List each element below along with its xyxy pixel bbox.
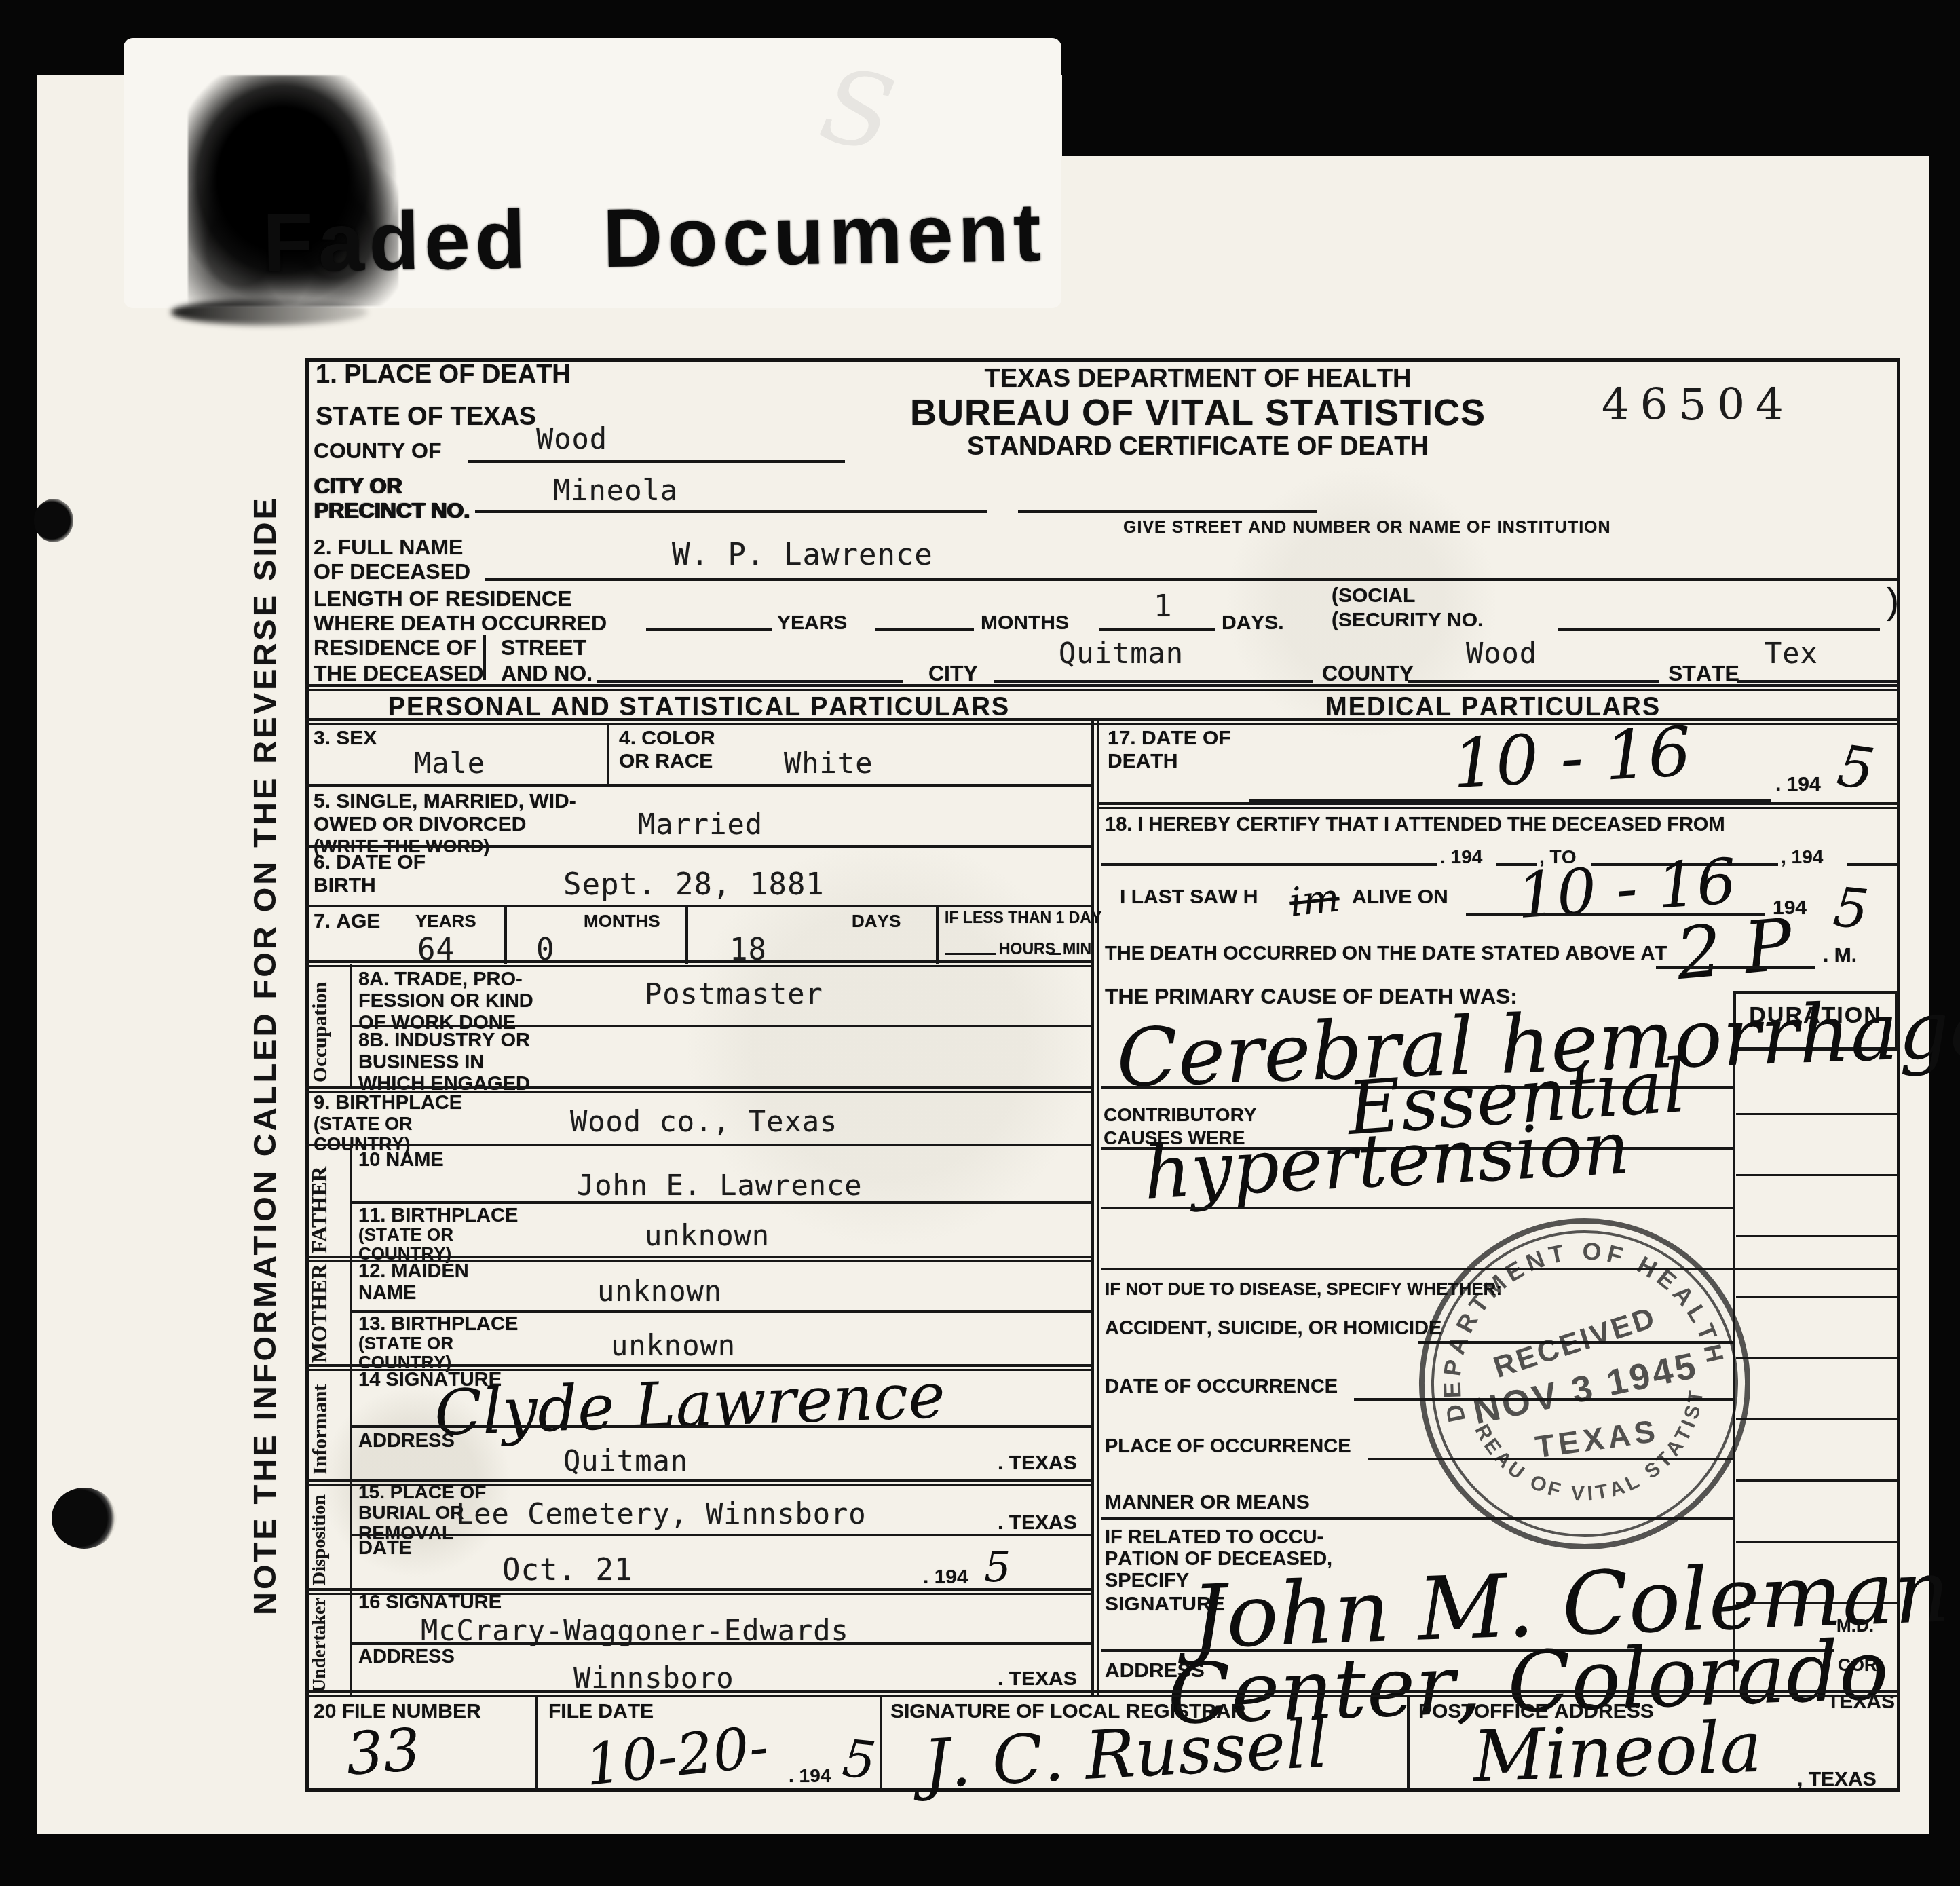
mother-bp-label-1: 13. BIRTHPLACE <box>358 1314 518 1335</box>
sex-value: Male <box>414 747 485 780</box>
occurred-suffix: . M. <box>1823 945 1857 966</box>
burial-value: Lee Cemetery, Winnsboro <box>456 1497 867 1530</box>
related-label-3: SPECIFY <box>1105 1570 1189 1591</box>
banner-title: Faded Document <box>262 189 1046 287</box>
occurred-value-hand: 2 P <box>1673 903 1796 996</box>
burial-date-label: DATE <box>358 1538 412 1559</box>
dod-label-1: 17. DATE OF <box>1108 728 1231 749</box>
undertaker-addr-label: ADDRESS <box>358 1646 455 1667</box>
dod-value-hand: 10 - 16 <box>1450 712 1693 804</box>
street-label-2: AND NO. <box>501 662 592 685</box>
residence-label-1: RESIDENCE OF <box>314 637 476 660</box>
city-value: Mineola <box>553 474 678 507</box>
color-label-1: 4. COLOR <box>619 728 715 749</box>
dateocc-label: DATE OF OCCURRENCE <box>1105 1376 1338 1397</box>
faint-pencil-mark: S <box>811 45 904 176</box>
residence-label-2: THE DECEASED <box>314 662 484 685</box>
lastsaw-label-1: I LAST SAW H <box>1120 886 1258 908</box>
ssn-paren-close: ) <box>1887 582 1899 621</box>
color-value: White <box>784 747 873 780</box>
age-months-label: MONTHS <box>584 912 660 931</box>
residence-length-label-1: LENGTH OF RESIDENCE <box>314 588 571 611</box>
margin-note: NOTE THE INFORMATION CALLED FOR ON THE R… <box>246 631 283 1615</box>
res-county-value: Wood <box>1466 637 1537 670</box>
dod-label-2: DEATH <box>1108 751 1177 772</box>
certificate-number: 46504 <box>1602 380 1794 430</box>
dept-title: TEXAS DEPARTMENT OF HEALTH <box>984 365 1411 392</box>
accident-label: ACCIDENT, SUICIDE, OR HOMICIDE <box>1105 1318 1441 1339</box>
dob-label-1: 6. DATE OF <box>314 852 426 873</box>
punch-hole-bottom <box>52 1488 117 1549</box>
marital-value: Married <box>638 808 763 841</box>
birthplace-label-1: 9. BIRTHPLACE <box>314 1093 462 1114</box>
county-label: COUNTY OF <box>314 440 441 463</box>
maiden-value: unknown <box>597 1275 722 1308</box>
city-label-2: PRECINCT NO. <box>314 499 469 523</box>
dob-label-2: BIRTH <box>314 875 376 897</box>
age-years-label: YEARS <box>415 912 476 931</box>
years-label: YEARS <box>777 612 847 634</box>
father-bp-label-2: (STATE OR <box>358 1226 453 1245</box>
mother-side-label: MOTHER <box>307 1261 332 1363</box>
res-state-label: STATE <box>1668 662 1739 685</box>
dob-value: Sept. 28, 1881 <box>563 867 825 902</box>
job-label-1: 8A. TRADE, PRO- <box>358 969 523 990</box>
fullname-label-1: 2. FULL NAME <box>314 536 463 559</box>
mother-bp-value: unknown <box>611 1329 736 1362</box>
file-date-label: FILE DATE <box>548 1701 654 1722</box>
res-city-value: Quitman <box>1059 637 1184 670</box>
dod-year-prefix: . 194 <box>1775 774 1821 795</box>
color-label-2: OR RACE <box>619 751 713 772</box>
ink-smear <box>171 299 368 325</box>
res-state-value: Tex <box>1765 637 1818 670</box>
received-stamp: DEPARTMENT OF HEALTH BUREAU OF VITAL STA… <box>1381 1180 1788 1587</box>
bureau-title: BUREAU OF VITAL STATISTICS <box>910 394 1486 432</box>
street-label-1: STREET <box>501 637 586 660</box>
res-county-label: COUNTY <box>1322 662 1414 685</box>
lastsaw-label-2: ALIVE ON <box>1352 886 1448 908</box>
maiden-label-2: NAME <box>358 1283 416 1304</box>
ssn-label-1: (SOCIAL <box>1332 585 1415 607</box>
undertaker-addr-state: . TEXAS <box>998 1668 1077 1690</box>
informant-side-label: Informant <box>309 1370 332 1475</box>
undertaker-side-label: Undertaker <box>309 1592 331 1693</box>
certify-year-1: . 194 <box>1440 847 1482 867</box>
file-number-hand: 33 <box>344 1716 423 1788</box>
certify-year-2: , 194 <box>1781 847 1823 867</box>
cert-title: STANDARD CERTIFICATE OF DEATH <box>967 433 1429 460</box>
marital-label-2: OWED OR DIVORCED <box>314 814 526 835</box>
related-label-1: IF RELATED TO OCCU- <box>1105 1527 1323 1548</box>
age-hours-label: HOURS <box>999 941 1055 957</box>
burial-date-value: Oct. 21 <box>502 1553 633 1587</box>
lastsaw-hand-im: im <box>1287 874 1342 925</box>
job-value: Postmaster <box>645 977 823 1011</box>
fullname-label-2: OF DECEASED <box>314 561 470 584</box>
lastsaw-year-hand: 5 <box>1830 875 1871 942</box>
burial-year-prefix: . 194 <box>923 1566 968 1588</box>
informant-addr-state: . TEXAS <box>998 1452 1077 1474</box>
age-min-label: MIN <box>1063 941 1091 957</box>
placeocc-label: PLACE OF OCCURRENCE <box>1105 1436 1351 1457</box>
ssn-label-2: (SECURITY NO. <box>1332 609 1483 631</box>
file-date-year-hand: 5 <box>840 1728 878 1792</box>
scanned-death-certificate: S Faded Document NOTE THE INFORMATION CA… <box>0 0 1960 1886</box>
county-value: Wood <box>536 422 607 455</box>
file-date-year-prefix: . 194 <box>789 1766 831 1786</box>
undertaker-sig-label: 16 SIGNATURE <box>358 1592 502 1613</box>
father-bp-value: unknown <box>645 1219 770 1252</box>
informant-addr-label: ADDRESS <box>358 1431 455 1452</box>
marital-label-1: 5. SINGLE, MARRIED, WID- <box>314 791 576 812</box>
birthplace-value: Wood co., Texas <box>570 1105 837 1138</box>
contrib-label-1: CONTRIBUTORY <box>1104 1105 1257 1125</box>
sex-label: 3. SEX <box>314 728 377 749</box>
occurred-label: THE DEATH OCCURRED ON THE DATE STATED AB… <box>1105 943 1667 964</box>
residence-length-label-2: WHERE DEATH OCCURRED <box>314 612 607 635</box>
days-label: DAYS. <box>1222 612 1284 634</box>
father-bp-label-1: 11. BIRTHPLACE <box>358 1205 518 1226</box>
occupation-side-label: Occupation <box>309 970 332 1082</box>
father-side-label: FATHER <box>307 1148 332 1253</box>
street-hint: GIVE STREET AND NUMBER OR NAME OF INSTIT… <box>1123 518 1611 537</box>
father-name-label: 10 NAME <box>358 1150 444 1171</box>
disposition-side-label: Disposition <box>309 1484 331 1585</box>
postoffice-texas: , TEXAS <box>1797 1769 1877 1790</box>
age-days-label: DAYS <box>852 912 901 931</box>
burial-year-hand: 5 <box>984 1542 1011 1591</box>
mother-bp-label-2: (STATE OR <box>358 1334 453 1353</box>
certify-label: 18. I HEREBY CERTIFY THAT I ATTENDED THE… <box>1105 814 1725 835</box>
maiden-label-1: 12. MAIDEN <box>358 1261 469 1282</box>
res-city-label: CITY <box>928 662 978 685</box>
scan-black-corner <box>1062 0 1960 156</box>
fullname-value: W. P. Lawrence <box>672 537 933 572</box>
industry-label-1: 8B. INDUSTRY OR <box>358 1030 530 1051</box>
informant-addr-value: Quitman <box>563 1444 688 1477</box>
city-label-1: CITY OR <box>314 475 402 498</box>
burial-label-2: BURIAL OR <box>358 1503 464 1523</box>
father-name-value: John E. Lawrence <box>577 1169 863 1202</box>
manner-label: MANNER OR MEANS <box>1105 1492 1310 1513</box>
burial-state: . TEXAS <box>998 1512 1077 1534</box>
industry-label-2: BUSINESS IN <box>358 1052 484 1073</box>
residence-days-value: 1 <box>1154 589 1173 624</box>
section-personal: PERSONAL AND STATISTICAL PARTICULARS <box>388 694 1010 721</box>
state-label: STATE OF TEXAS <box>316 403 536 430</box>
punch-hole-top <box>34 499 73 542</box>
faded-document-banner: S Faded Document <box>124 38 1061 308</box>
months-label: MONTHS <box>981 612 1069 634</box>
job-label-2: FESSION OR KIND <box>358 991 533 1012</box>
age-label: 7. AGE <box>314 911 380 932</box>
stamp-texas: TEXAS <box>1533 1412 1661 1465</box>
birthplace-label-2: (STATE OR <box>314 1114 413 1134</box>
place-of-death-label: 1. PLACE OF DEATH <box>316 361 571 388</box>
age-less-label: IF LESS THAN 1 DAY <box>945 909 1101 926</box>
postoffice-hand: Mineola <box>1471 1705 1763 1798</box>
